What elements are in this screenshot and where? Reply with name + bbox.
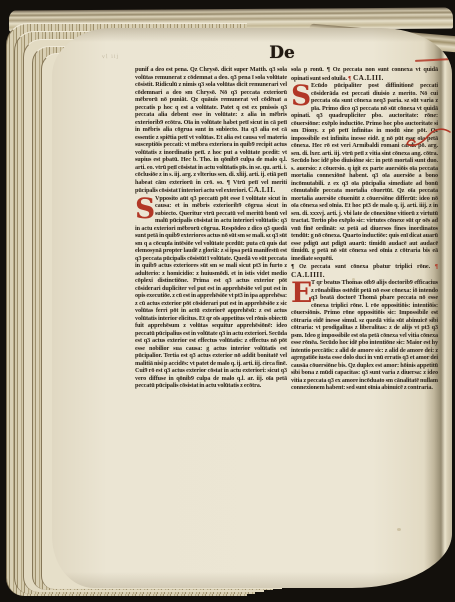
book-page: vl iij De punif a deo est pena. Qz Chrys… bbox=[52, 28, 452, 588]
text-block: SVpposito aūt q3 peccatū pōt esse ī volū… bbox=[135, 195, 287, 390]
body-text: Vpposito aūt q3 peccatū pōt esse ī volūt… bbox=[135, 195, 287, 390]
rubric-drop-cap: S bbox=[135, 196, 153, 223]
chapter-label: CA.LII. bbox=[248, 185, 276, 194]
chapter-label: CA.LIIII. bbox=[291, 270, 325, 279]
body-text: punif a deo est pena. Qz Chrysō. dicit s… bbox=[135, 66, 287, 186]
text-block: sola p ronū. ¶ Oz peccata non sunt conne… bbox=[291, 66, 438, 82]
rubric-mark: ¶ bbox=[435, 263, 438, 270]
body-text: Ecūdo pūcipaliter post diffinitionē pecc… bbox=[291, 82, 438, 262]
rubric-drop-cap: S bbox=[291, 83, 309, 110]
chapter-label: CA.LIII. bbox=[351, 73, 384, 82]
rubric-drop-cap: E bbox=[291, 280, 309, 307]
running-title: De bbox=[252, 43, 312, 63]
body-text: T qr beatus Thomas oīb9 alijs doctorib9 … bbox=[291, 279, 438, 391]
red-margin-flourish-icon bbox=[404, 124, 452, 156]
faint-folio-annotation: vl iij bbox=[102, 54, 119, 61]
foxing-spot bbox=[397, 528, 401, 531]
text-block: ¶ Oz peccata sunt cōnexa pbatur triplici… bbox=[291, 262, 438, 279]
text-block: SEcūdo pūcipaliter post diffinitionē pec… bbox=[291, 82, 438, 262]
text-block: punif a deo est pena. Qz Chrysō. dicit s… bbox=[135, 66, 287, 195]
text-block: ET qr beatus Thomas oīb9 alijs doctorib9… bbox=[291, 279, 438, 392]
book-photo: vl iij De punif a deo est pena. Qz Chrys… bbox=[0, 0, 455, 602]
text-column-left: punif a deo est pena. Qz Chrysō. dicit s… bbox=[135, 66, 287, 498]
